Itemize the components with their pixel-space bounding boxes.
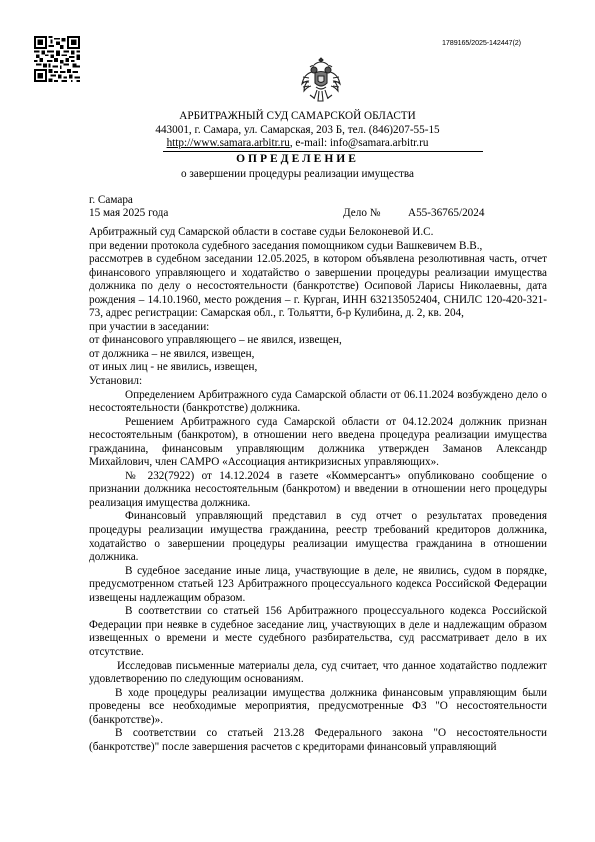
paragraph: Исследовав письменные материалы дела, су…	[89, 660, 547, 687]
document-date: 15 мая 2025 года	[89, 207, 168, 221]
court-address: 443001, г. Самара, ул. Самарская, 203 Б,…	[0, 124, 595, 138]
qr-code-icon	[34, 34, 80, 84]
case-label: Дело №	[343, 207, 380, 221]
paragraph: В соответствии со статьей 156 Арбитражно…	[89, 605, 547, 659]
document-id: 1789165/2025-142447(2)	[442, 38, 521, 47]
participation-item: от финансового управляющего – не явился,…	[89, 334, 547, 348]
document-type: ОПРЕДЕЛЕНИЕ	[0, 153, 595, 165]
participation-heading: при участии в заседании:	[89, 321, 547, 335]
document-subject: о завершении процедуры реализации имущес…	[0, 168, 595, 180]
participation-item: от должника – не явился, извещен,	[89, 348, 547, 362]
paragraph: Решением Арбитражного суда Самарской обл…	[89, 416, 547, 470]
paragraph: № 232(7922) от 14.12.2024 в газете «Комм…	[89, 470, 547, 511]
paragraph: В соответствии со статьей 213.28 Федерал…	[89, 727, 547, 754]
coat-of-arms-icon	[300, 57, 342, 105]
intro-paragraph: рассмотрев в судебном заседании 12.05.20…	[89, 253, 547, 321]
established-label: Установил:	[89, 375, 547, 389]
paragraph: В ходе процедуры реализации имущества до…	[89, 687, 547, 728]
court-contacts: http://www.samara.arbitr.ru, e-mail: inf…	[0, 137, 595, 151]
court-email: , e-mail: info@samara.arbitr.ru	[290, 137, 429, 149]
participation-item: от иных лиц - не явились, извещен,	[89, 361, 547, 375]
city: г. Самара	[89, 194, 133, 208]
court-name: АРБИТРАЖНЫЙ СУД САМАРСКОЙ ОБЛАСТИ	[0, 110, 595, 124]
case-number: А55-36765/2024	[408, 207, 484, 221]
court-website-link[interactable]: http://www.samara.arbitr.ru	[167, 137, 290, 149]
paragraph: Финансовый управляющий представил в суд …	[89, 510, 547, 564]
paragraph: В судебное заседание иные лица, участвую…	[89, 565, 547, 606]
document-body: Арбитражный суд Самарской области в сост…	[89, 226, 547, 754]
intro-line-1: Арбитражный суд Самарской области в сост…	[89, 226, 547, 240]
intro-line-2: при ведении протокола судебного заседани…	[89, 240, 547, 254]
paragraph: Определением Арбитражного суда Самарской…	[89, 389, 547, 416]
header-divider	[163, 151, 483, 152]
